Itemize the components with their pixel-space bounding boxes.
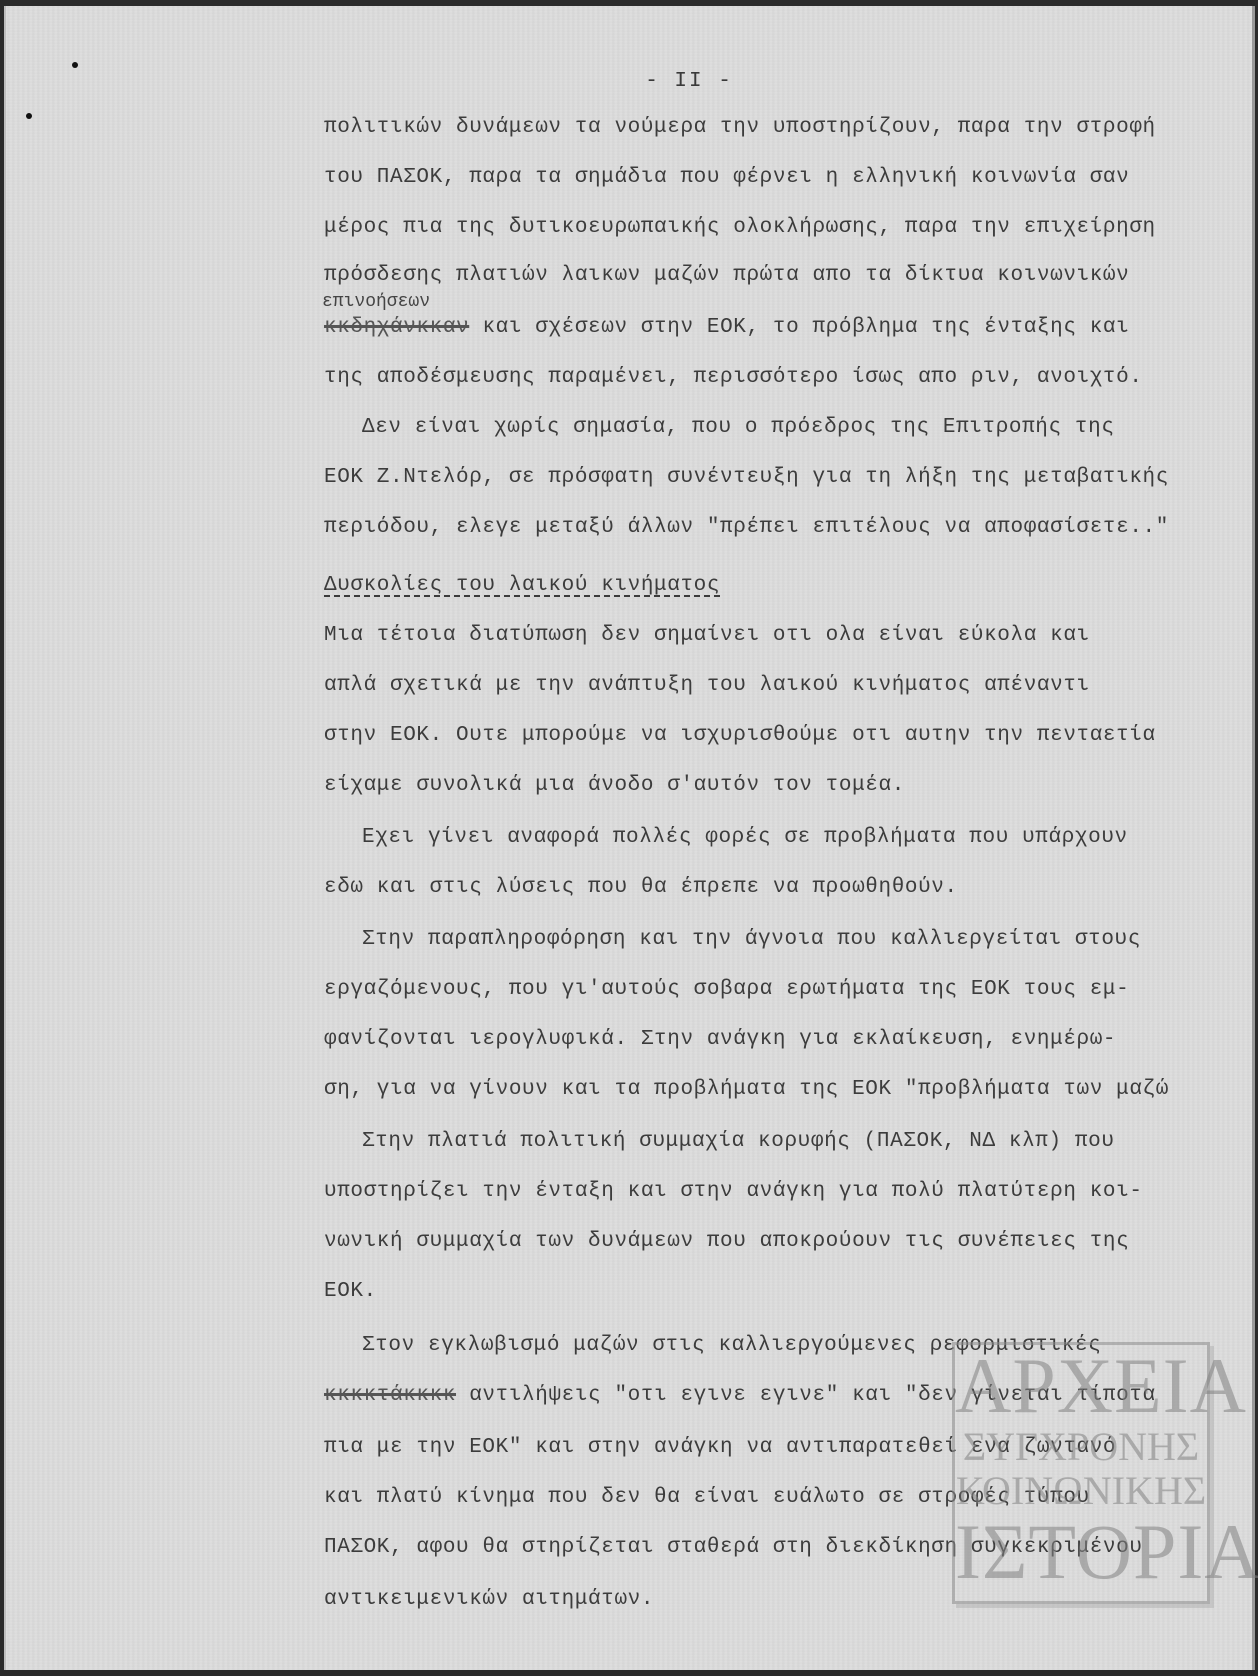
text-line: ΕΟΚ Ζ.Ντελόρ, σε πρόσφατη συνέντευξη για… xyxy=(324,466,1169,489)
text-line: ΕΟΚ. xyxy=(324,1280,377,1303)
margin-mark xyxy=(72,62,78,68)
margin-mark xyxy=(26,113,32,119)
stamp-line: ΚΟΙΝΩΝΙΚΗΣ xyxy=(955,1471,1207,1511)
text-line: εργαζόμενους, που γι'αυτούς σοβαρα ερωτή… xyxy=(324,978,1129,1001)
text-line: της αποδέσμευσης παραμένει, περισσότερο … xyxy=(324,366,1143,389)
page-number: - II - xyxy=(6,70,1252,93)
text-line: Στην πλατιά πολιτική συμμαχία κορυφής (Π… xyxy=(362,1130,1115,1153)
text-line: ση, για να γίνουν και τα προβλήματα της … xyxy=(324,1078,1169,1101)
text-line: υποστηρίζει την ένταξη και στην ανάγκη γ… xyxy=(324,1180,1143,1203)
section-heading: Δυσκολίες του λαικού κινήματος xyxy=(324,574,720,597)
text-span: και σχέσεων στην ΕΟΚ, το πρόβλημα της έν… xyxy=(482,316,1129,339)
text-line: αντικειμενικών αιτημάτων. xyxy=(324,1588,654,1611)
archive-watermark-stamp: ΑΡΧΕΙΑ ΣΥΓΧΡΟΝΗΣ ΚΟΙΝΩΝΙΚΗΣ ΙΣΤΟΡΙΑΣ xyxy=(952,1342,1210,1604)
scanned-page: - II - πολιτικών δυνάμεων τα νούμερα την… xyxy=(4,6,1255,1670)
text-line: Στην παραπληροφόρηση και την άγνοια που … xyxy=(362,928,1141,951)
text-line: φανίζονται ιερογλυφικά. Στην ανάγκη για … xyxy=(324,1028,1116,1051)
text-line: είχαμε συνολικά μια άνοδο σ'αυτόν τον το… xyxy=(324,774,905,797)
text-line: νωνική συμμαχία των δυνάμεων που αποκρού… xyxy=(324,1230,1129,1253)
stamp-line: ΙΣΤΟΡΙΑΣ xyxy=(955,1513,1207,1591)
stamp-line: ΑΡΧΕΙΑ xyxy=(955,1347,1207,1425)
text-line: Δεν είναι χωρίς σημασία, που ο πρόεδρος … xyxy=(362,416,1115,439)
text-line: εδω και στις λύσεις που θα έπρεπε να προ… xyxy=(324,876,958,899)
stamp-line: ΣΥΓΧΡΟΝΗΣ xyxy=(955,1427,1207,1467)
text-line: απλά σχετικά με την ανάπτυξη του λαικού … xyxy=(324,674,1090,697)
struck-out-word: κκδηχάνκκαν xyxy=(324,316,469,339)
struck-out-word: κκκκτάκκκκ xyxy=(324,1384,456,1407)
text-line: κκδηχάνκκαν και σχέσεων στην ΕΟΚ, το πρό… xyxy=(324,316,1129,339)
text-line: Εχει γίνει αναφορά πολλές φορές σε προβλ… xyxy=(362,826,1128,849)
handwritten-insert: επινοήσεων xyxy=(322,292,430,312)
text-line: Μια τέτοια διατύπωση δεν σημαίνει οτι ολ… xyxy=(324,624,1090,647)
text-line: μέρος πια της δυτικοευρωπαικής ολοκλήρωσ… xyxy=(324,216,1156,239)
text-line: περιόδου, ελεγε μεταξύ άλλων "πρέπει επι… xyxy=(324,516,1169,539)
text-line: πρόσδεσης πλατιών λαικων μαζών πρώτα απο… xyxy=(324,264,1129,287)
text-line: του ΠΑΣΟΚ, παρα τα σημάδια που φέρνει η … xyxy=(324,166,1129,189)
text-line: πολιτικών δυνάμεων τα νούμερα την υποστη… xyxy=(324,116,1156,139)
text-line: στην ΕΟΚ. Ουτε μπορούμε να ισχυρισθούμε … xyxy=(324,724,1156,747)
